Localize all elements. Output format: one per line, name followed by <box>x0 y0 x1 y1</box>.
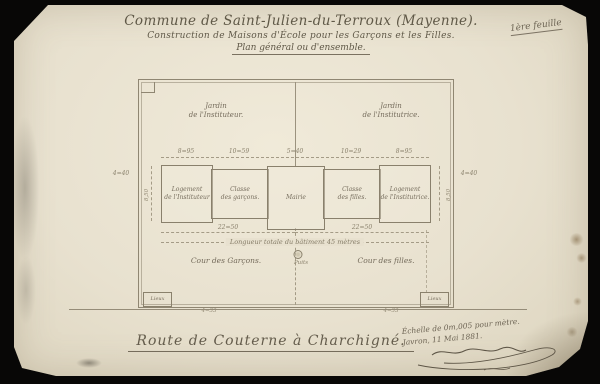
dim-depth-right: 8,50 <box>446 189 452 201</box>
room-mairie: Mairie <box>267 166 325 230</box>
total-length-label: Longueur totale du bâtiment 45 mètres <box>226 238 364 246</box>
dim-height-left: 4=40 <box>113 170 129 177</box>
outbuilding-lieux-right: Lieux <box>420 292 449 307</box>
dim-mairie: 5=40 <box>287 148 303 155</box>
outbuilding-lieux-left: Lieux <box>143 292 172 307</box>
scanner-background: Commune de Saint-Julien-du-Terroux (Maye… <box>0 0 600 384</box>
courtyard-label-girls: Cour des filles. <box>358 256 415 265</box>
site-plan: Jardin de l'Instituteur. Jardin de l'Ins… <box>138 79 454 308</box>
dim-half-right: 22=50 <box>352 224 372 231</box>
garden-label-right: Jardin de l'Institutrice. <box>336 102 446 121</box>
room-logement-institutrice: Logementde l'Institutrice. <box>379 165 431 223</box>
dashed-guide-line <box>426 230 427 293</box>
room-classe-garcons: Classedes garçons. <box>211 169 269 219</box>
signature-flourish <box>414 341 564 375</box>
well-symbol <box>294 250 303 259</box>
dim-classe-filles: 10=29 <box>341 148 361 155</box>
title-block: Commune de Saint-Julien-du-Terroux (Maye… <box>14 13 588 53</box>
room-classe-filles: Classedes filles. <box>323 169 381 219</box>
paper-stain <box>16 255 36 325</box>
paper-stain <box>10 113 40 263</box>
road-edge-line <box>69 309 527 310</box>
dimension-line-bottom-left <box>161 232 295 233</box>
dimension-line-top <box>161 157 429 158</box>
paper-smudge <box>76 358 102 368</box>
paper-spot <box>576 253 587 263</box>
corner-notch <box>141 82 155 93</box>
page-title: Commune de Saint-Julien-du-Terroux (Maye… <box>14 13 588 29</box>
paper-spot <box>569 233 584 246</box>
paper-spot <box>573 297 582 306</box>
well-label: Puits <box>294 260 308 266</box>
dim-depth-left: 8,50 <box>144 189 150 201</box>
courtyard-label-boys: Cour des Garçons. <box>191 256 261 265</box>
plan-sheet-paper: Commune de Saint-Julien-du-Terroux (Maye… <box>14 5 588 376</box>
paper-spot <box>566 327 578 337</box>
dimension-line-right <box>439 166 440 221</box>
room-logement-instituteur: Logementde l'Instituteur <box>161 165 213 223</box>
dimension-line-left <box>151 166 152 221</box>
page-subtitle: Construction de Maisons d'École pour les… <box>14 31 588 41</box>
dim-logement-right: 8=95 <box>396 148 412 155</box>
dimension-line-bottom-right <box>295 232 429 233</box>
dim-classe-garcons: 10=59 <box>229 148 249 155</box>
dim-height-right: 4=40 <box>461 170 477 177</box>
dim-half-left: 22=50 <box>218 224 238 231</box>
dim-logement-left: 8=95 <box>178 148 194 155</box>
garden-label-left: Jardin de l'Instituteur. <box>161 102 271 121</box>
page-subtitle-2: Plan général ou d'ensemble. <box>14 43 588 53</box>
